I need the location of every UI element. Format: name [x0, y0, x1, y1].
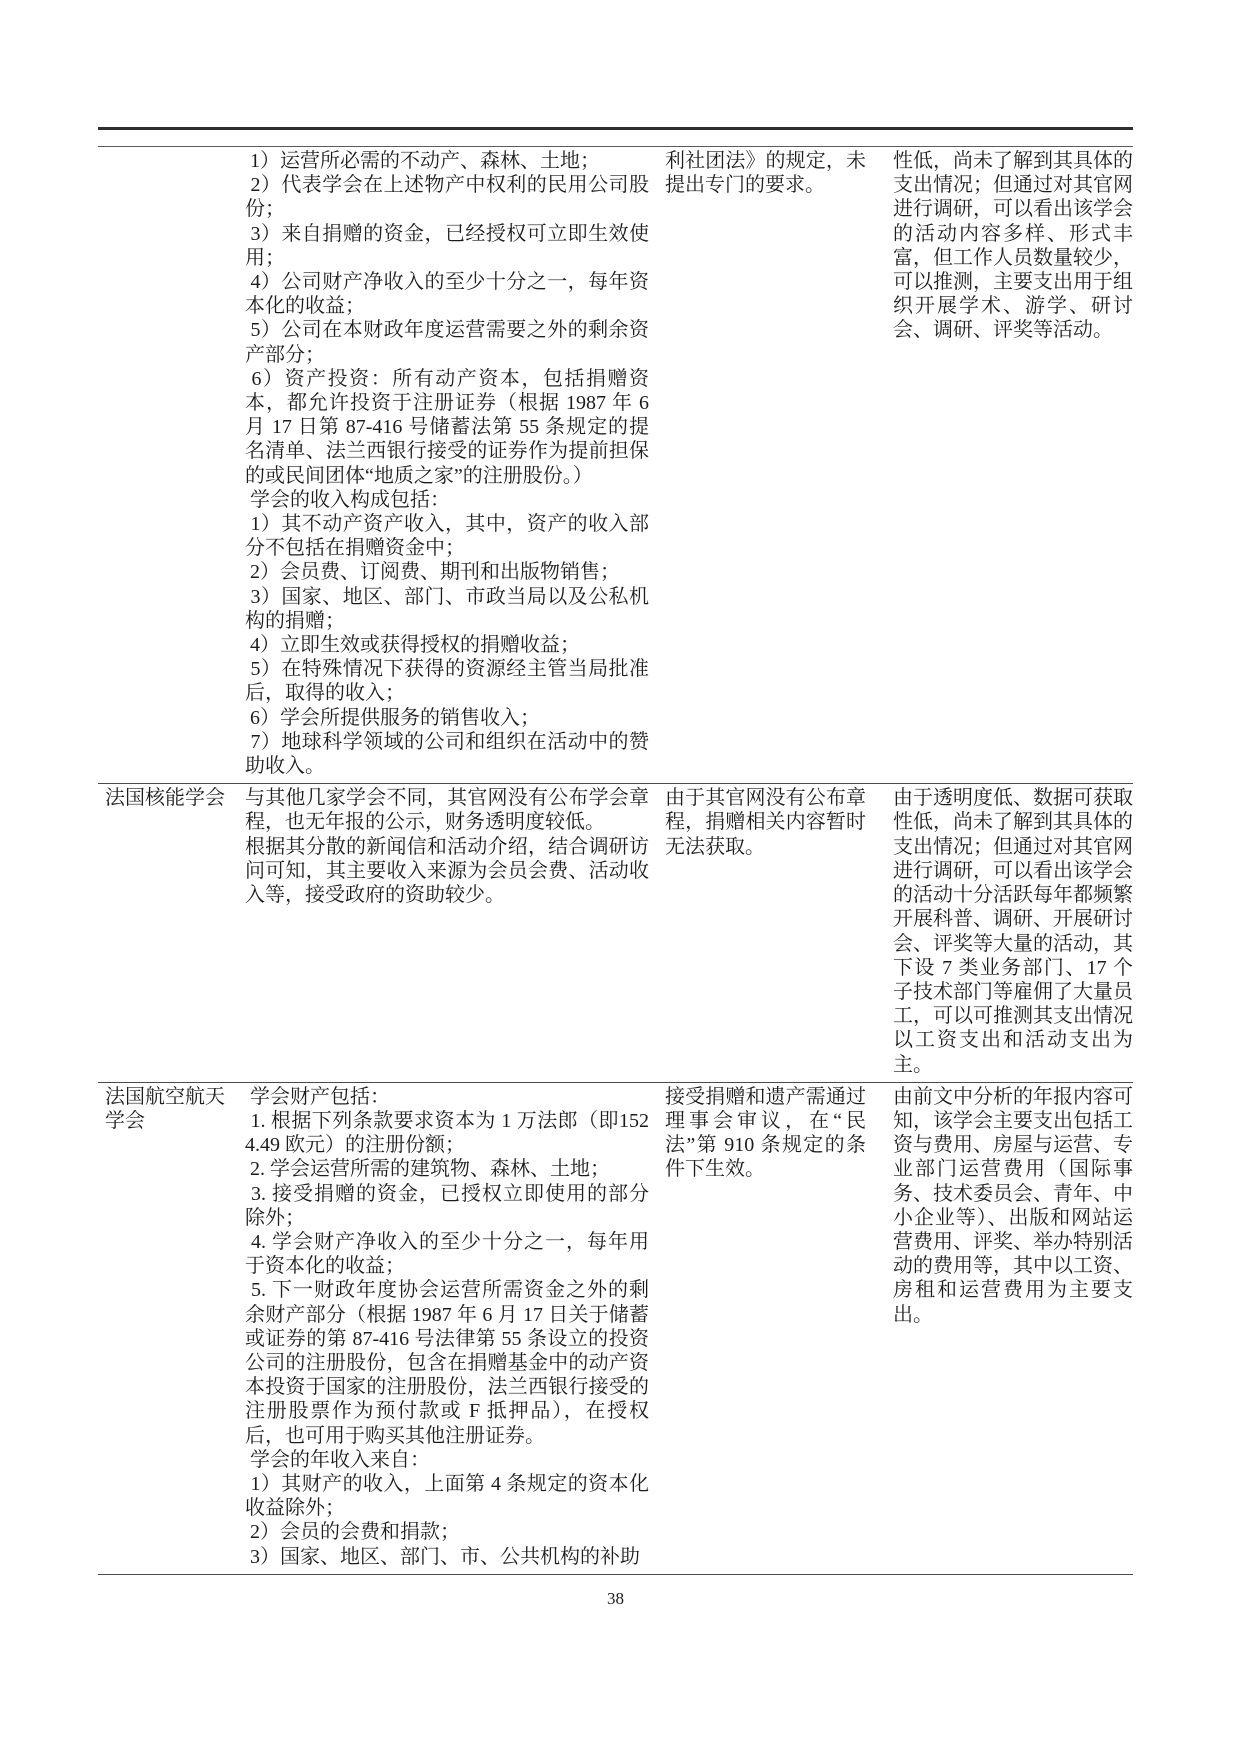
association-name-cell: 法国航空航天学会 [98, 1085, 240, 1133]
document-page: 1）运营所必需的不动产、森林、土地； 2）代表学会在上述物产中权利的民用公司股份… [0, 0, 1240, 1753]
table-row: 1）运营所必需的不动产、森林、土地； 2）代表学会在上述物产中权利的民用公司股份… [98, 147, 1133, 784]
donation-detail-cell: 利社团法》的规定，未提出专门的要求。 [649, 149, 868, 197]
association-name-cell: 法国核能学会 [98, 786, 240, 810]
finance-detail-cell: 学会财产包括： 1. 根据下列条款要求资本为 1 万法郎（即1524.49 欧元… [240, 1085, 649, 1569]
expenditure-detail-cell: 由前文中分析的年报内容可知，该学会主要支出包括工资与费用、房屋与运营、专业部门运… [868, 1085, 1133, 1327]
donation-detail-cell: 由于其官网没有公布章程，捐赠相关内容暂时无法获取。 [649, 786, 868, 859]
finance-detail-cell: 与其他几家学会不同，其官网没有公布学会章程，也无年报的公示，财务透明度较低。 根… [240, 786, 649, 907]
finance-detail-cell: 1）运营所必需的不动产、森林、土地； 2）代表学会在上述物产中权利的民用公司股份… [240, 149, 649, 778]
donation-detail-cell: 接受捐赠和遗产需通过理事会审议，在“民法”第 910 条规定的条件下生效。 [649, 1085, 868, 1182]
table-top-rule-gap [98, 130, 1133, 146]
table-row: 法国核能学会 与其他几家学会不同，其官网没有公布学会章程，也无年报的公示，财务透… [98, 784, 1133, 1082]
associations-table: 1）运营所必需的不动产、森林、土地； 2）代表学会在上述物产中权利的民用公司股份… [98, 127, 1133, 1609]
expenditure-detail-cell: 由于透明度低、数据可获取性低，尚未了解到其具体的支出情况；但通过对其官网进行调研… [868, 786, 1133, 1076]
expenditure-detail-cell: 性低，尚未了解到其具体的支出情况；但通过对其官网进行调研，可以看出该学会的活动内… [868, 149, 1133, 343]
page-number: 38 [98, 1589, 1133, 1609]
table-row: 法国航空航天学会 学会财产包括： 1. 根据下列条款要求资本为 1 万法郎（即1… [98, 1083, 1133, 1575]
